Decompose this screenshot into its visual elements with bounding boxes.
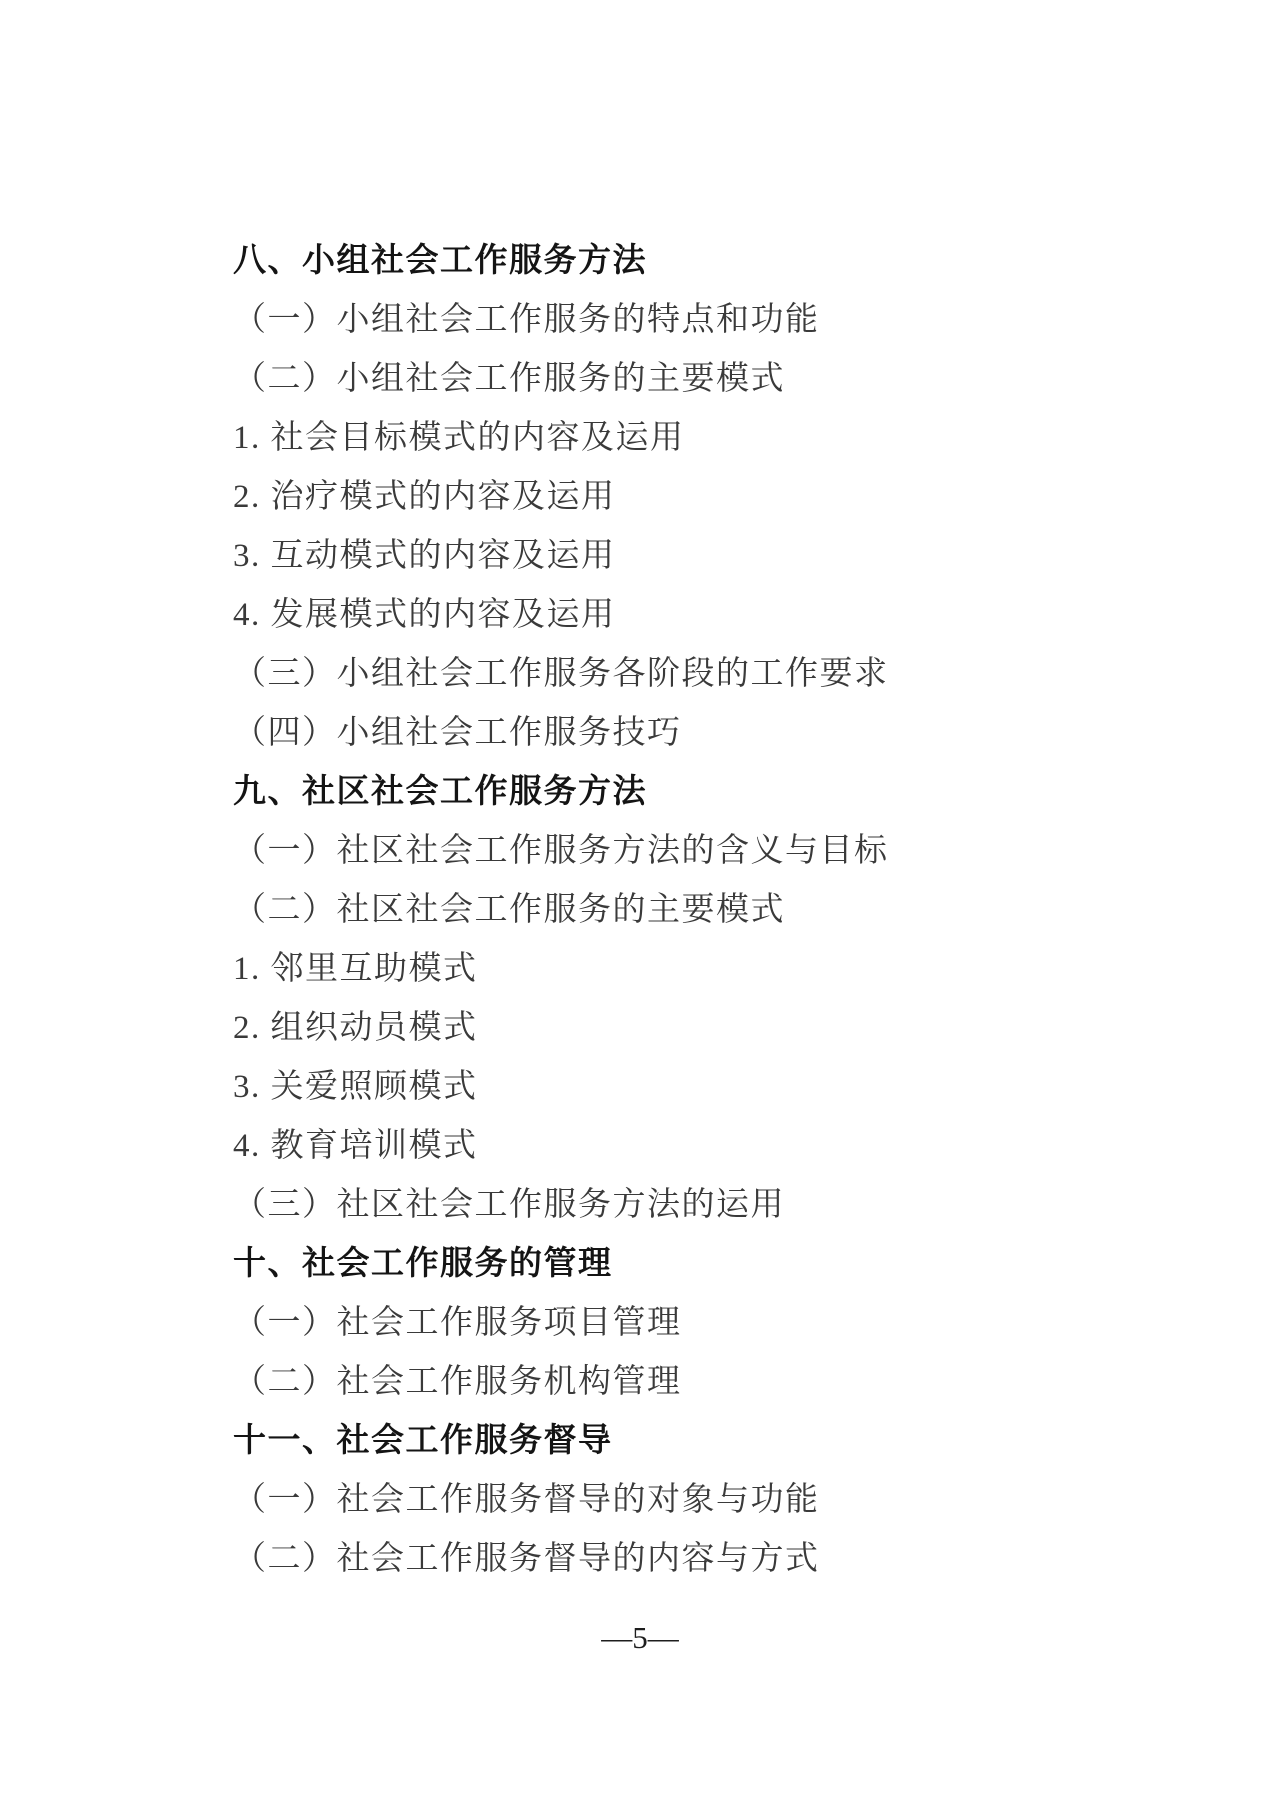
section-heading-1: 八、小组社会工作服务方法 bbox=[233, 232, 889, 291]
outline-item: 1. 社会目标模式的内容及运用 bbox=[233, 409, 889, 468]
outline-item: （三）小组社会工作服务各阶段的工作要求 bbox=[233, 645, 889, 704]
outline-item: （一）社区社会工作服务方法的含义与目标 bbox=[233, 822, 889, 881]
outline-item: 2. 组织动员模式 bbox=[233, 999, 889, 1058]
outline-item: 4. 发展模式的内容及运用 bbox=[233, 586, 889, 645]
outline-list: 八、小组社会工作服务方法（一）小组社会工作服务的特点和功能（二）小组社会工作服务… bbox=[233, 232, 889, 1589]
page-number: —5— bbox=[0, 1609, 1280, 1667]
outline-item: 1. 邻里互助模式 bbox=[233, 940, 889, 999]
outline-item: （三）社区社会工作服务方法的运用 bbox=[233, 1176, 889, 1235]
outline-item: （二）社会工作服务督导的内容与方式 bbox=[233, 1530, 889, 1589]
outline-item: （二）社会工作服务机构管理 bbox=[233, 1353, 889, 1412]
outline-item: （一）社会工作服务督导的对象与功能 bbox=[233, 1471, 889, 1530]
document-page: 八、小组社会工作服务方法（一）小组社会工作服务的特点和功能（二）小组社会工作服务… bbox=[0, 0, 1280, 1810]
outline-item: 2. 治疗模式的内容及运用 bbox=[233, 468, 889, 527]
section-heading-2: 九、社区社会工作服务方法 bbox=[233, 763, 889, 822]
outline-item: 3. 关爱照顾模式 bbox=[233, 1058, 889, 1117]
outline-item: （二）小组社会工作服务的主要模式 bbox=[233, 350, 889, 409]
outline-item: （一）小组社会工作服务的特点和功能 bbox=[233, 291, 889, 350]
outline-item: 4. 教育培训模式 bbox=[233, 1117, 889, 1176]
outline-item: （一）社会工作服务项目管理 bbox=[233, 1294, 889, 1353]
outline-item: 3. 互动模式的内容及运用 bbox=[233, 527, 889, 586]
section-heading-4: 十一、社会工作服务督导 bbox=[233, 1412, 889, 1471]
section-heading-3: 十、社会工作服务的管理 bbox=[233, 1235, 889, 1294]
outline-item: （四）小组社会工作服务技巧 bbox=[233, 704, 889, 763]
outline-item: （二）社区社会工作服务的主要模式 bbox=[233, 881, 889, 940]
